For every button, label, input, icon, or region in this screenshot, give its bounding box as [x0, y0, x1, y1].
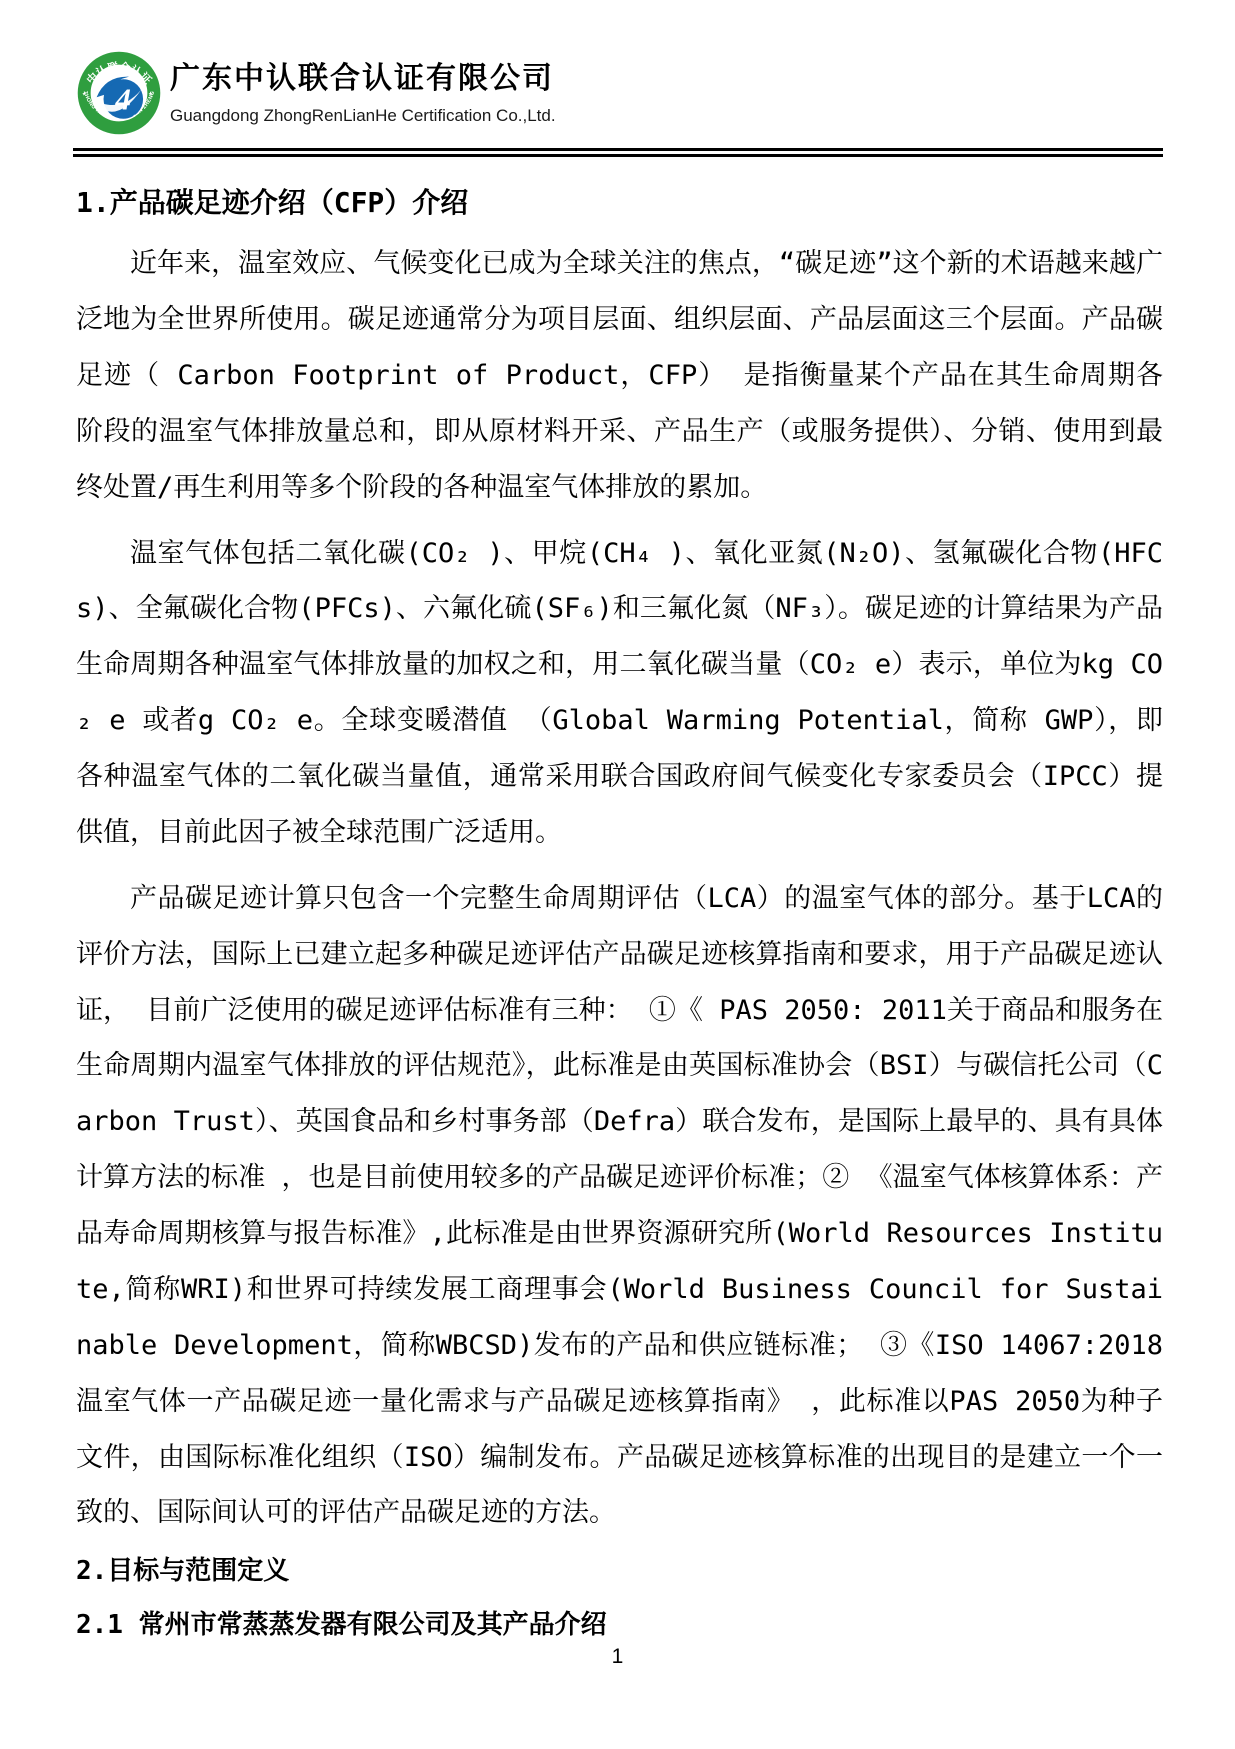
document-page: 中认联合认证 ZHONG REN LIAN HE REN ZHENG ★ ★ 4…	[0, 0, 1235, 1749]
logo-star-left-icon: ★	[82, 89, 87, 98]
document-body: 1.产品碳足迹介绍（CFP）介绍 近年来，温室效应、气候变化已成为全球关注的焦点…	[0, 157, 1235, 1647]
logo-star-right-icon: ★	[148, 89, 153, 98]
company-logo: 中认联合认证 ZHONG REN LIAN HE REN ZHENG ★ ★ 4…	[76, 50, 162, 136]
header-text: 广东中认联合认证有限公司 Guangdong ZhongRenLianHe Ce…	[170, 61, 556, 126]
paragraph-lca-standards: 产品碳足迹计算只包含一个完整生命周期评估（LCA）的温室气体的部分。基于LCA的…	[76, 871, 1163, 1542]
company-name-en: Guangdong ZhongRenLianHe Certification C…	[170, 106, 556, 126]
header: 中认联合认证 ZHONG REN LIAN HE REN ZHENG ★ ★ 4…	[0, 0, 1235, 136]
paragraph-greenhouse-gases: 温室气体包括二氧化碳(CO₂ )、甲烷(CH₄ )、氧化亚氮(N₂O)、氢氟碳化…	[76, 526, 1163, 861]
page-footer: 1	[0, 1645, 1235, 1669]
page-number: 1	[612, 1645, 624, 1668]
section-heading-2: 2.目标与范围定义	[76, 1551, 1163, 1593]
section-heading-2-1: 2.1 常州市常蒸蒸发器有限公司及其产品介绍	[76, 1605, 1163, 1647]
logo-accent-star2-icon: ★	[133, 113, 136, 119]
section-heading-1: 1.产品碳足迹介绍（CFP）介绍	[76, 183, 1163, 222]
company-name-zh: 广东中认联合认证有限公司	[170, 61, 556, 97]
logo-accent-star-icon: ★	[109, 81, 113, 88]
logo-monogram: 4	[115, 81, 131, 116]
header-divider	[73, 148, 1163, 157]
company-logo-icon: 中认联合认证 ZHONG REN LIAN HE REN ZHENG ★ ★ 4…	[76, 50, 162, 136]
paragraph-cfp-intro: 近年来，温室效应、气候变化已成为全球关注的焦点，“碳足迹”这个新的术语越来越广泛…	[76, 236, 1163, 515]
